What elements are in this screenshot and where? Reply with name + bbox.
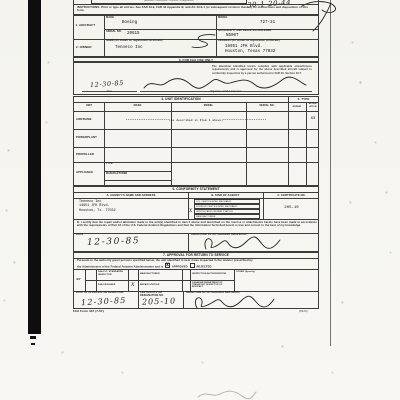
form-number: FAA Form 337 (7-67) (73, 310, 104, 313)
approval-pursuant-line2: the Administrator of the Federal Aviatio… (77, 263, 317, 269)
conformity-signature (200, 234, 282, 252)
faa-signature-label: Signature of FAA Inspector (140, 91, 312, 94)
ghost-signature-mark (196, 388, 258, 400)
manufacturer-option: MANUFACTURER (140, 273, 160, 276)
approval-date-label: DATE OF APPROVAL OR REJECTION (76, 292, 132, 295)
by-label: BY (77, 278, 81, 281)
scan-black-blob (31, 343, 35, 345)
col-repair: REPAIR (288, 106, 306, 109)
approved-checkbox: X (165, 263, 170, 268)
repair-station-option: REPAIR STATION (140, 284, 159, 287)
kind-repair-station: CERTIFICATED REPAIR STATION (196, 211, 233, 214)
scan-black-bar (28, 0, 41, 334)
faa-date-label: Date (82, 91, 137, 94)
airframe-alteration-mark: XX (306, 117, 320, 121)
serial-value: 20615 (127, 32, 140, 36)
repair-station-check: X (131, 282, 135, 288)
form-title-fragment: (Airframe, Powerplant, Propeller, or App… (92, 0, 246, 3)
agency-address-line2: Houston, Tx. 77032 (79, 209, 116, 213)
conformity-d-statement: D. I certify that the repair and/or alte… (77, 221, 317, 228)
approval-header: 7. APPROVAL FOR RETURN TO SERVICE (74, 254, 318, 258)
kind-manufacturer: MANUFACTURER (196, 216, 215, 219)
make-label: MAKE (106, 17, 114, 20)
kind-us-mechanic: U.S. CERTIFICATED MECHANIC (196, 201, 231, 204)
owner-address-label: ADDRESS (As shown on registration certif… (218, 40, 280, 43)
row-appliance: APPLIANCE (76, 171, 93, 174)
kind-repair-station-check: X (189, 209, 192, 214)
form-code: (8320) (299, 310, 308, 313)
approval-signature (189, 294, 275, 310)
agency-name: Tenneco Inc (79, 200, 101, 204)
other-specify-option: OTHER (Specify) (236, 271, 255, 274)
instructions-text: INSTRUCTIONS: Print or type all entries.… (77, 6, 315, 12)
page-edge-line (330, 0, 331, 346)
conformity-statement: 6. CONFORMITY STATEMENT A. AGENCY'S NAME… (73, 186, 319, 252)
kind-foreign-mechanic: FOREIGN CERTIFICATED MECHANIC (196, 206, 237, 209)
faa-designee-option: FAA DESIGNEE (98, 284, 115, 287)
canadian-dot-inspector-option: CANADIAN DEPARTMENT OF TRANSPORT INSPECT… (192, 282, 232, 289)
appliance-type-label: TYPE (106, 163, 113, 166)
rejected-checkbox (190, 263, 195, 268)
row-powerplant: POWERPLANT (76, 136, 97, 139)
type-header: 5. TYPE (288, 98, 319, 101)
section-2-label: 2. OWNER (76, 46, 92, 49)
col-alteration: ALTER- ATION (307, 103, 320, 108)
col-model: MODEL (171, 105, 246, 108)
approved-check-mark: X (166, 263, 170, 268)
row-propeller: PROPELLER (76, 153, 94, 156)
airframe-span-text: ************************(As described in… (107, 119, 285, 122)
faa-inspector-signature (142, 75, 308, 91)
aircraft-owner-block: 1. AIRCRAFT 2. OWNER MAKE Boeing MODEL 7… (73, 15, 319, 57)
unit-id-header: 4. UNIT IDENTIFICATION (74, 98, 288, 102)
approval-return-to-service: 7. APPROVAL FOR RETURN TO SERVICE Pursua… (73, 252, 319, 309)
conformity-date-label: DATE (76, 234, 83, 237)
scan-speckles (0, 0, 1, 1)
scanned-faa-form-337: 30-1-20-44 (Airframe, Powerplant, Propel… (0, 0, 400, 400)
conformity-col-a-label: A. AGENCY'S NAME AND ADDRESS (74, 194, 188, 197)
agency-address-line1: 14951 JFK Blvd. (79, 204, 110, 208)
make-value: Boeing (122, 21, 137, 25)
faa-use-box: The alteration identified herein complie… (73, 62, 319, 95)
faa-date-handwritten: 12-30-85 (90, 79, 124, 89)
model-value: 727-31 (260, 21, 275, 25)
row-airframe: AIRFRAME (76, 118, 92, 121)
unit-identification-table: 4. UNIT IDENTIFICATION 5. TYPE UNIT MAKE… (73, 96, 319, 186)
instructions-box: INSTRUCTIONS: Print or type all entries.… (73, 4, 319, 15)
handwritten-curve-mark (190, 33, 218, 50)
faa-approval-stamp: The alteration identified herein complie… (212, 65, 312, 75)
col-serial: SERIAL NO. (246, 105, 288, 108)
owner-name-value: Tenneco Inc (115, 46, 143, 50)
conformity-col-b-label: B. KIND OF AGENCY (188, 194, 263, 197)
faa-flt-standards-inspector: FAA FLT. STANDARDS INSPECTOR (98, 271, 127, 276)
col-unit: UNIT (74, 105, 104, 108)
approval-date-handwritten: 12-30-85 (81, 296, 127, 307)
owner-address-line2: Houston, Texas 77032 (225, 50, 275, 54)
registration-value: N500T (226, 34, 239, 38)
owner-address-line1: 16951 JFK Blvd. (225, 45, 263, 49)
inspection-authorization-option: INSPECTION AUTHORIZATION (192, 273, 226, 276)
col-make: MAKE (104, 105, 171, 108)
approval-pursuant-line1: Pursuant to the authority given persons … (77, 259, 317, 262)
approval-cert-handwritten: 205-10 (142, 296, 176, 306)
form-337: (Airframe, Powerplant, Propeller, or App… (73, 0, 319, 318)
scan-black-blob (30, 336, 36, 339)
owner-name-label: NAME (As shown on registration certifica… (106, 40, 163, 43)
conformity-date-handwritten: 12-30-85 (87, 236, 141, 248)
conformity-header: 6. CONFORMITY STATEMENT (74, 188, 318, 192)
appliance-manufacturer-label: MANUFACTURER (106, 173, 127, 176)
certificate-no-value: 205-10 (263, 206, 320, 210)
section-1-label: 1. AIRCRAFT (76, 24, 96, 27)
model-label: MODEL (218, 17, 228, 20)
conformity-col-c-label: C. CERTIFICATE NO. (263, 194, 320, 197)
registration-label: NATIONALITY AND REGISTRATION MARK (218, 30, 271, 33)
serial-label: SERIAL NO. (106, 31, 122, 34)
